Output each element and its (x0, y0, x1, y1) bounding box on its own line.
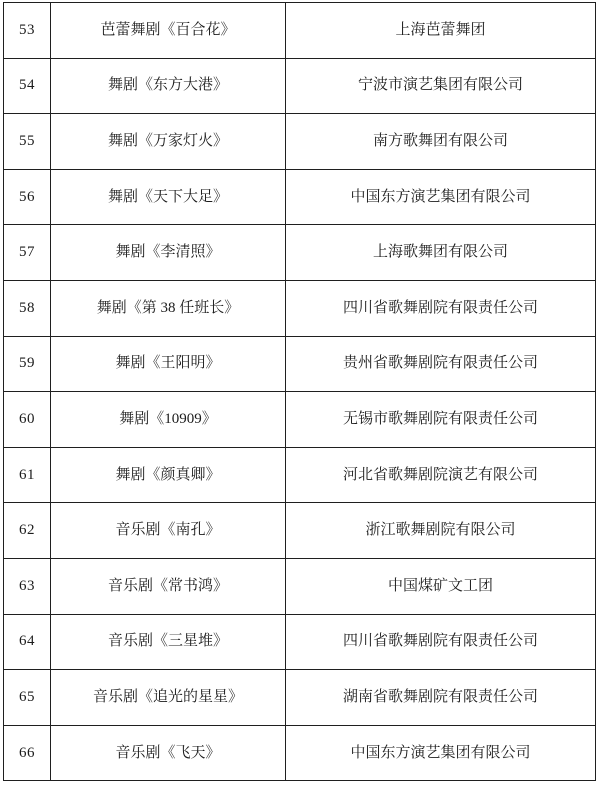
table-row: 65 音乐剧《追光的星星》 湖南省歌舞剧院有限责任公司 (4, 670, 596, 726)
work-title-cell: 舞剧《李清照》 (51, 225, 286, 281)
organization-cell: 湖南省歌舞剧院有限责任公司 (286, 670, 596, 726)
work-title-cell: 舞剧《10909》 (51, 392, 286, 448)
row-number-cell: 62 (4, 503, 51, 559)
work-title-cell: 舞剧《东方大港》 (51, 58, 286, 114)
work-title-cell: 芭蕾舞剧《百合花》 (51, 3, 286, 59)
work-title-cell: 音乐剧《常书鸿》 (51, 558, 286, 614)
table-row: 56 舞剧《天下大足》 中国东方演艺集团有限公司 (4, 169, 596, 225)
organization-cell: 中国东方演艺集团有限公司 (286, 169, 596, 225)
organization-cell: 贵州省歌舞剧院有限责任公司 (286, 336, 596, 392)
row-number-cell: 66 (4, 725, 51, 781)
table-row: 60 舞剧《10909》 无锡市歌舞剧院有限责任公司 (4, 392, 596, 448)
organization-cell: 四川省歌舞剧院有限责任公司 (286, 614, 596, 670)
work-title-cell: 音乐剧《追光的星星》 (51, 670, 286, 726)
table-row: 55 舞剧《万家灯火》 南方歌舞团有限公司 (4, 114, 596, 170)
row-number-cell: 64 (4, 614, 51, 670)
table-row: 66 音乐剧《飞天》 中国东方演艺集团有限公司 (4, 725, 596, 781)
work-title-cell: 舞剧《万家灯火》 (51, 114, 286, 170)
organization-cell: 中国东方演艺集团有限公司 (286, 725, 596, 781)
table-row: 62 音乐剧《南孔》 浙江歌舞剧院有限公司 (4, 503, 596, 559)
organization-cell: 上海歌舞团有限公司 (286, 225, 596, 281)
table-row: 59 舞剧《王阳明》 贵州省歌舞剧院有限责任公司 (4, 336, 596, 392)
organization-cell: 无锡市歌舞剧院有限责任公司 (286, 392, 596, 448)
row-number-cell: 55 (4, 114, 51, 170)
organization-cell: 上海芭蕾舞团 (286, 3, 596, 59)
organization-cell: 中国煤矿文工团 (286, 558, 596, 614)
table-row: 54 舞剧《东方大港》 宁波市演艺集团有限公司 (4, 58, 596, 114)
work-title-cell: 舞剧《王阳明》 (51, 336, 286, 392)
work-title-cell: 音乐剧《南孔》 (51, 503, 286, 559)
row-number-cell: 65 (4, 670, 51, 726)
organization-cell: 南方歌舞团有限公司 (286, 114, 596, 170)
organization-cell: 河北省歌舞剧院演艺有限公司 (286, 447, 596, 503)
organization-cell: 宁波市演艺集团有限公司 (286, 58, 596, 114)
table-row: 57 舞剧《李清照》 上海歌舞团有限公司 (4, 225, 596, 281)
work-title-cell: 音乐剧《三星堆》 (51, 614, 286, 670)
row-number-cell: 63 (4, 558, 51, 614)
organization-cell: 浙江歌舞剧院有限公司 (286, 503, 596, 559)
work-title-cell: 舞剧《颜真卿》 (51, 447, 286, 503)
table-row: 58 舞剧《第 38 任班长》 四川省歌舞剧院有限责任公司 (4, 280, 596, 336)
row-number-cell: 59 (4, 336, 51, 392)
work-title-cell: 舞剧《天下大足》 (51, 169, 286, 225)
table-row: 53 芭蕾舞剧《百合花》 上海芭蕾舞团 (4, 3, 596, 59)
table-row: 61 舞剧《颜真卿》 河北省歌舞剧院演艺有限公司 (4, 447, 596, 503)
row-number-cell: 53 (4, 3, 51, 59)
row-number-cell: 54 (4, 58, 51, 114)
row-number-cell: 57 (4, 225, 51, 281)
row-number-cell: 60 (4, 392, 51, 448)
works-list-table: 53 芭蕾舞剧《百合花》 上海芭蕾舞团 54 舞剧《东方大港》 宁波市演艺集团有… (3, 2, 596, 781)
work-title-cell: 舞剧《第 38 任班长》 (51, 280, 286, 336)
row-number-cell: 56 (4, 169, 51, 225)
table-row: 63 音乐剧《常书鸿》 中国煤矿文工团 (4, 558, 596, 614)
table-row: 64 音乐剧《三星堆》 四川省歌舞剧院有限责任公司 (4, 614, 596, 670)
row-number-cell: 61 (4, 447, 51, 503)
organization-cell: 四川省歌舞剧院有限责任公司 (286, 280, 596, 336)
row-number-cell: 58 (4, 280, 51, 336)
work-title-cell: 音乐剧《飞天》 (51, 725, 286, 781)
